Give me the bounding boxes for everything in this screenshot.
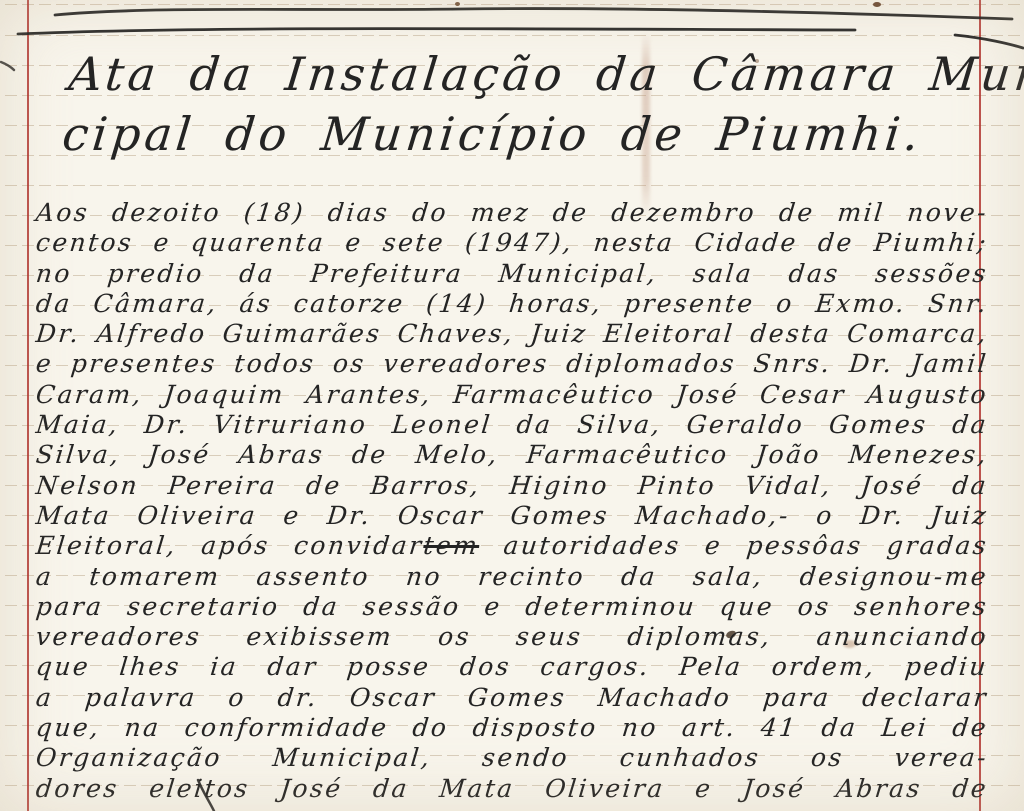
manuscript-line: Nelson Pereira de Barros, Higino Pinto V… bbox=[34, 471, 989, 501]
manuscript-line: Maia, Dr. Vitruriano Leonel da Silva, Ge… bbox=[34, 410, 989, 440]
title-line: Ata da Instalação da Câmara Muni- bbox=[66, 44, 1002, 104]
manuscript-line: que, na conformidade do disposto no art.… bbox=[34, 713, 989, 743]
manuscript-line: Eleitoral, após convidartem autoridades … bbox=[34, 531, 989, 561]
document-body: Aos dezoito (18) dias do mez de dezembro… bbox=[36, 198, 988, 804]
manuscript-line: centos e quarenta e sete (1947), nesta C… bbox=[34, 228, 989, 258]
manuscript-page: Ata da Instalação da Câmara Muni- cipal … bbox=[0, 0, 1024, 811]
title-line: cipal do Município de Piumhi. bbox=[60, 104, 996, 164]
manuscript-line: a palavra o dr. Oscar Gomes Machado para… bbox=[34, 683, 989, 713]
line-text: autoridades e pessôas gradas bbox=[478, 531, 990, 560]
struck-word: tem bbox=[422, 531, 481, 560]
manuscript-line: vereadores exibissem os seus diplomas, a… bbox=[34, 622, 989, 652]
manuscript-line: Caram, Joaquim Arantes, Farmacêutico Jos… bbox=[34, 380, 989, 410]
manuscript-line: para secretario da sessão e determinou q… bbox=[34, 592, 989, 622]
manuscript-line: Dr. Alfredo Guimarães Chaves, Juiz Eleit… bbox=[34, 319, 989, 349]
document-title: Ata da Instalação da Câmara Muni- cipal … bbox=[60, 44, 1003, 164]
manuscript-line: dores eleitos José da Mata Oliveira e Jo… bbox=[34, 774, 989, 804]
manuscript-line: e presentes todos os vereadores diplomad… bbox=[34, 349, 989, 379]
manuscript-line: da Câmara, ás catorze (14) horas, presen… bbox=[34, 289, 989, 319]
manuscript-line: no predio da Prefeitura Municipal, sala … bbox=[34, 259, 989, 289]
manuscript-line: Organização Municipal, sendo cunhados os… bbox=[34, 743, 989, 773]
manuscript-line: Aos dezoito (18) dias do mez de dezembro… bbox=[34, 198, 989, 228]
manuscript-line: Silva, José Abras de Melo, Farmacêutico … bbox=[34, 440, 989, 470]
manuscript-line: Mata Oliveira e Dr. Oscar Gomes Machado,… bbox=[34, 501, 989, 531]
manuscript-line: que lhes ia dar posse dos cargos. Pela o… bbox=[34, 652, 989, 682]
manuscript-line: a tomarem assento no recinto da sala, de… bbox=[34, 562, 989, 592]
line-text: Eleitoral, após convidar bbox=[35, 531, 426, 560]
